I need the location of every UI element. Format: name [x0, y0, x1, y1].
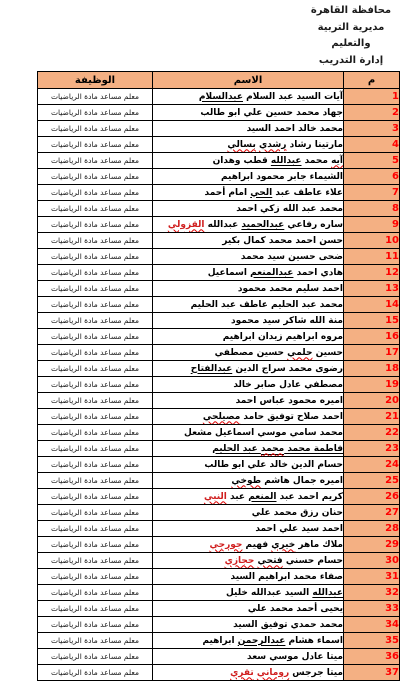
job-title: معلم مساعد مادة الرياضيات	[38, 553, 153, 569]
table-row: 4مارتينا رشاد رشدي بساليمعلم مساعد مادة …	[38, 137, 400, 153]
job-title: معلم مساعد مادة الرياضيات	[38, 569, 153, 585]
name-segment: طوخي	[231, 476, 261, 486]
name-segment: رشدي	[259, 140, 286, 150]
row-index: 37	[344, 665, 400, 681]
row-index: 19	[344, 377, 400, 393]
teacher-name: حنان رزق محمد علي	[153, 505, 344, 521]
table-row: 34محمد حمدي توفيق السيدمعلم مساعد مادة ا…	[38, 617, 400, 633]
name-segment: فهيم	[242, 540, 271, 550]
table-row: 21احمد صلاح توفيق حامد مصيلحيمعلم مساعد …	[38, 409, 400, 425]
job-title: معلم مساعد مادة الرياضيات	[38, 521, 153, 537]
name-segment: جورجي	[210, 540, 243, 550]
job-title: معلم مساعد مادة الرياضيات	[38, 393, 153, 409]
table-row: 14محمد عبد الحليم عاطف عبد الحليممعلم مس…	[38, 297, 400, 313]
name-segment: عبد	[227, 492, 248, 502]
name-segment: تقري	[230, 668, 254, 678]
job-title: معلم مساعد مادة الرياضيات	[38, 505, 153, 521]
teacher-name: محمد عبد الحليم عاطف عبد الحليم	[153, 297, 344, 313]
teacher-name: اسماء هشام عبدالرحمن ابراهيم	[153, 633, 344, 649]
name-segment: مصيلحي	[203, 412, 240, 422]
name-segment: فتحي	[258, 556, 283, 566]
teacher-name: احمد سليم محمد محمود	[153, 281, 344, 297]
name-segment: عبد الحليم	[212, 444, 261, 454]
table-row: 20اميره محمود عباس احمدمعلم مساعد مادة ا…	[38, 393, 400, 409]
name-segment: ملاك ماهر	[295, 540, 343, 550]
name-segment: امام أحمد	[205, 188, 251, 198]
table-row: 36ميتا عادل موسي سعدمعلم مساعد مادة الري…	[38, 649, 400, 665]
name-segment: عبدالفتاح	[191, 364, 233, 374]
table-row: 17حسين حلمي حسين مصطفيمعلم مساعد مادة ال…	[38, 345, 400, 361]
table-row: 5آيه محمد عبدالله قطب وهدانمعلم مساعد ما…	[38, 153, 400, 169]
job-title: معلم مساعد مادة الرياضيات	[38, 121, 153, 137]
name-segment: كريم احمد عبد	[277, 492, 344, 502]
name-segment: عبدالمنعم	[250, 268, 293, 278]
teacher-name: محمد حمدي توفيق السيد	[153, 617, 344, 633]
table-row: 25اميره جمال هاشم طوخيمعلم مساعد مادة ال…	[38, 473, 400, 489]
table-row: 8محمد عبد الله زكي احمدمعلم مساعد مادة ا…	[38, 201, 400, 217]
job-title: معلم مساعد مادة الرياضيات	[38, 457, 153, 473]
teacher-name: احمد سيد علي احمد	[153, 521, 344, 537]
column-header-name: الاسم	[153, 72, 344, 89]
name-segment: عبدالله	[271, 156, 302, 166]
name-segment: محمد	[302, 156, 332, 166]
teacher-name: اميره محمود عباس احمد	[153, 393, 344, 409]
name-segment: محمد عبد الحليم عاطف عبد الحليم	[191, 300, 343, 310]
job-title: معلم مساعد مادة الرياضيات	[38, 265, 153, 281]
name-segment: القزولي	[168, 220, 205, 230]
table-row: 28احمد سيد علي احمدمعلم مساعد مادة الريا…	[38, 521, 400, 537]
row-index: 15	[344, 313, 400, 329]
name-segment: حلمي	[287, 348, 312, 358]
teacher-name: كريم احمد عبد المنعم عبد النبي	[153, 489, 344, 505]
teacher-name: مارتينا رشاد رشدي بسالي	[153, 137, 344, 153]
table-row: 19مصطفي عادل صابر خالدمعلم مساعد مادة ال…	[38, 377, 400, 393]
name-segment: اميره جمال هاشم	[261, 476, 343, 486]
table-row: 15منة الله شاكر سيد محمودمعلم مساعد مادة…	[38, 313, 400, 329]
job-title: معلم مساعد مادة الرياضيات	[38, 105, 153, 121]
table-row: 22محمد سامي موسي اسماعيل مشعلمعلم مساعد …	[38, 425, 400, 441]
table-row: 33يحيى أحمد محمد عليمعلم مساعد مادة الري…	[38, 601, 400, 617]
row-index: 32	[344, 585, 400, 601]
name-segment: السيد عبدالله خليل	[226, 588, 312, 598]
row-index: 24	[344, 457, 400, 473]
name-segment: النبي	[204, 492, 227, 502]
table-row: 18رضوى محمد سراج الدين عبدالفتاحمعلم مسا…	[38, 361, 400, 377]
row-index: 12	[344, 265, 400, 281]
name-segment: آيات السيد عبد السلام	[243, 92, 343, 102]
name-segment: حسين مصطفي	[215, 348, 287, 358]
teacher-name: جهاد محمد حسين علي ابو طالب	[153, 105, 344, 121]
name-segment: عبدالحميد	[241, 220, 284, 230]
name-segment: احمد سيد علي احمد	[255, 524, 343, 534]
name-segment: عبدالله	[205, 220, 242, 230]
table-row: 12هادي احمد عبدالمنعم اسماعيلمعلم مساعد …	[38, 265, 400, 281]
row-index: 6	[344, 169, 400, 185]
job-title: معلم مساعد مادة الرياضيات	[38, 441, 153, 457]
table-row: 6الشيماء جابر محمود ابراهيممعلم مساعد ما…	[38, 169, 400, 185]
teacher-name: رضوى محمد سراج الدين عبدالفتاح	[153, 361, 344, 377]
table-header-row: م الاسم الوظيفة	[38, 72, 400, 89]
name-segment: محمد سامي موسي اسماعيل مشعل	[184, 428, 343, 438]
table-row: 31صفاء محمد ابراهيم السيدمعلم مساعد مادة…	[38, 569, 400, 585]
column-header-job: الوظيفة	[38, 72, 153, 89]
teacher-name: منة الله شاكر سيد محمود	[153, 313, 344, 329]
table-row: 32عبدالله السيد عبدالله خليلمعلم مساعد م…	[38, 585, 400, 601]
teacher-name: اميره جمال هاشم طوخي	[153, 473, 344, 489]
row-index: 33	[344, 601, 400, 617]
name-segment: حسن احمد محمد كمال بكير	[222, 236, 343, 246]
job-title: معلم مساعد مادة الرياضيات	[38, 585, 153, 601]
row-index: 34	[344, 617, 400, 633]
teacher-name: صفاء محمد ابراهيم السيد	[153, 569, 344, 585]
row-index: 4	[344, 137, 400, 153]
name-segment: هادي احمد	[293, 268, 343, 278]
name-segment: صفاء محمد ابراهيم السيد	[231, 572, 343, 582]
table-row: 2جهاد محمد حسين علي ابو طالبمعلم مساعد م…	[38, 105, 400, 121]
name-segment: حجازي	[225, 556, 255, 566]
teacher-name: ساره رفاعي عبدالحميد عبدالله القزولي	[153, 217, 344, 233]
row-index: 30	[344, 553, 400, 569]
job-title: معلم مساعد مادة الرياضيات	[38, 329, 153, 345]
name-segment: مروه ابراهيم زيدان ابراهيم	[223, 332, 343, 342]
row-index: 8	[344, 201, 400, 217]
row-index: 23	[344, 441, 400, 457]
name-segment: مارتينا رشاد	[286, 140, 343, 150]
teacher-roster-table: م الاسم الوظيفة 1آيات السيد عبد السلام ع…	[37, 71, 400, 681]
teacher-name: هادي احمد عبدالمنعم اسماعيل	[153, 265, 344, 281]
name-segment: الشيماء جابر محمود ابراهيم	[221, 172, 343, 182]
teacher-name: حسام الدين خالد علي ابو طالب	[153, 457, 344, 473]
table-row: 10حسن احمد محمد كمال بكيرمعلم مساعد مادة…	[38, 233, 400, 249]
teacher-name: الشيماء جابر محمود ابراهيم	[153, 169, 344, 185]
name-segment: عبدالسلام	[199, 92, 243, 102]
name-segment: عبدالرحمن	[238, 636, 286, 646]
job-title: معلم مساعد مادة الرياضيات	[38, 249, 153, 265]
job-title: معلم مساعد مادة الرياضيات	[38, 633, 153, 649]
row-index: 9	[344, 217, 400, 233]
job-title: معلم مساعد مادة الرياضيات	[38, 201, 153, 217]
teacher-name: يحيى أحمد محمد علي	[153, 601, 344, 617]
name-segment: محمد عبد الله زكي احمد	[236, 204, 343, 214]
name-segment: رضوى محمد سراج الدين	[232, 364, 343, 374]
header-administration: إدارة التدريب	[300, 53, 402, 70]
job-title: معلم مساعد مادة الرياضيات	[38, 617, 153, 633]
row-index: 7	[344, 185, 400, 201]
job-title: معلم مساعد مادة الرياضيات	[38, 649, 153, 665]
job-title: معلم مساعد مادة الرياضيات	[38, 185, 153, 201]
teacher-name: عبدالله السيد عبدالله خليل	[153, 585, 344, 601]
table-row: 7علاء عاطف عبد الحي امام أحمدمعلم مساعد …	[38, 185, 400, 201]
job-title: معلم مساعد مادة الرياضيات	[38, 89, 153, 105]
table-row: 29ملاك ماهر خيري فهيم جورجيمعلم مساعد ما…	[38, 537, 400, 553]
job-title: معلم مساعد مادة الرياضيات	[38, 345, 153, 361]
row-index: 3	[344, 121, 400, 137]
name-segment: فاطمة محمد	[284, 444, 343, 454]
teacher-name: محمد سامي موسي اسماعيل مشعل	[153, 425, 344, 441]
table-row: 30حسام حسني فتحي حجازيمعلم مساعد مادة ال…	[38, 553, 400, 569]
row-index: 5	[344, 153, 400, 169]
column-header-index: م	[344, 72, 400, 89]
name-segment: حسام الدين خالد علي ابو طالب	[204, 460, 343, 470]
name-segment: اسماعيل	[208, 268, 250, 278]
row-index: 10	[344, 233, 400, 249]
teacher-name: علاء عاطف عبد الحي امام أحمد	[153, 185, 344, 201]
table-row: 27حنان رزق محمد عليمعلم مساعد مادة الريا…	[38, 505, 400, 521]
job-title: معلم مساعد مادة الرياضيات	[38, 233, 153, 249]
job-title: معلم مساعد مادة الرياضيات	[38, 313, 153, 329]
teacher-name: آيه محمد عبدالله قطب وهدان	[153, 153, 344, 169]
name-segment: حنان رزق محمد علي	[252, 508, 343, 518]
name-segment: ابراهيم	[202, 636, 237, 646]
job-title: معلم مساعد مادة الرياضيات	[38, 297, 153, 313]
name-segment: محمد خالد احمد السيد	[247, 124, 343, 134]
job-title: معلم مساعد مادة الرياضيات	[38, 217, 153, 233]
job-title: معلم مساعد مادة الرياضيات	[38, 377, 153, 393]
job-title: معلم مساعد مادة الرياضيات	[38, 665, 153, 681]
name-segment: آيه	[331, 156, 343, 166]
name-segment: ساره رفاعي	[284, 220, 343, 230]
name-segment: اسماء هشام	[285, 636, 343, 646]
table-row: 16مروه ابراهيم زيدان ابراهيممعلم مساعد م…	[38, 329, 400, 345]
document-header: محافظة القاهرة مديرية التربية والتعليم إ…	[300, 3, 402, 69]
teacher-name: حسام حسني فتحي حجازي	[153, 553, 344, 569]
row-index: 21	[344, 409, 400, 425]
table-row: 13احمد سليم محمد محمودمعلم مساعد مادة ال…	[38, 281, 400, 297]
row-index: 29	[344, 537, 400, 553]
table-row: 11ضحى حسين سيد محمدمعلم مساعد مادة الريا…	[38, 249, 400, 265]
teacher-name: آيات السيد عبد السلام عبدالسلام	[153, 89, 344, 105]
job-title: معلم مساعد مادة الرياضيات	[38, 537, 153, 553]
row-index: 27	[344, 505, 400, 521]
job-title: معلم مساعد مادة الرياضيات	[38, 361, 153, 377]
job-title: معلم مساعد مادة الرياضيات	[38, 489, 153, 505]
header-directorate: مديرية التربية والتعليم	[300, 20, 402, 53]
name-segment: حسين	[312, 348, 343, 358]
job-title: معلم مساعد مادة الرياضيات	[38, 169, 153, 185]
teacher-name: مروه ابراهيم زيدان ابراهيم	[153, 329, 344, 345]
name-segment: عبدالله	[312, 588, 343, 598]
teacher-name: ميتا عادل موسي سعد	[153, 649, 344, 665]
name-segment: حسام حسني	[283, 556, 343, 566]
row-index: 28	[344, 521, 400, 537]
name-segment: مصطفي عادل صابر خالد	[233, 380, 343, 390]
row-index: 35	[344, 633, 400, 649]
job-title: معلم مساعد مادة الرياضيات	[38, 473, 153, 489]
table-row: 26كريم احمد عبد المنعم عبد النبيمعلم مسا…	[38, 489, 400, 505]
job-title: معلم مساعد مادة الرياضيات	[38, 425, 153, 441]
teacher-name: ميتا جرجس روماني تقري	[153, 665, 344, 681]
name-segment: اميره محمود عباس احمد	[236, 396, 343, 406]
row-index: 13	[344, 281, 400, 297]
job-title: معلم مساعد مادة الرياضيات	[38, 409, 153, 425]
name-segment: بسالي	[227, 140, 255, 150]
table-row: 24حسام الدين خالد علي ابو طالبمعلم مساعد…	[38, 457, 400, 473]
name-segment: جهاد محمد حسين علي ابو طالب	[200, 108, 343, 118]
row-index: 26	[344, 489, 400, 505]
name-segment: احمد صلاح توفيق حامد	[240, 412, 343, 422]
name-segment: الحي	[250, 188, 272, 198]
name-segment: روماني	[257, 668, 289, 678]
teacher-name: ملاك ماهر خيري فهيم جورجي	[153, 537, 344, 553]
row-index: 14	[344, 297, 400, 313]
teacher-name: ضحى حسين سيد محمد	[153, 249, 344, 265]
row-index: 31	[344, 569, 400, 585]
name-segment: منة الله شاكر سيد محمود	[231, 316, 343, 326]
job-title: معلم مساعد مادة الرياضيات	[38, 601, 153, 617]
row-index: 25	[344, 473, 400, 489]
job-title: معلم مساعد مادة الرياضيات	[38, 281, 153, 297]
name-segment: خيري	[271, 540, 295, 550]
table-row: 23فاطمة محمد محمد عبد الحليممعلم مساعد م…	[38, 441, 400, 457]
row-index: 36	[344, 649, 400, 665]
name-segment: ميتا جرجس	[289, 668, 343, 678]
teacher-name: فاطمة محمد محمد عبد الحليم	[153, 441, 344, 457]
header-governorate: محافظة القاهرة	[300, 3, 402, 20]
job-title: معلم مساعد مادة الرياضيات	[38, 137, 153, 153]
table-row: 35اسماء هشام عبدالرحمن ابراهيممعلم مساعد…	[38, 633, 400, 649]
teacher-name: حسن احمد محمد كمال بكير	[153, 233, 344, 249]
teacher-name: محمد خالد احمد السيد	[153, 121, 344, 137]
row-index: 20	[344, 393, 400, 409]
table-row: 3محمد خالد احمد السيدمعلم مساعد مادة الر…	[38, 121, 400, 137]
row-index: 16	[344, 329, 400, 345]
row-index: 11	[344, 249, 400, 265]
teacher-name: حسين حلمي حسين مصطفي	[153, 345, 344, 361]
teacher-name: مصطفي عادل صابر خالد	[153, 377, 344, 393]
teacher-name: احمد صلاح توفيق حامد مصيلحي	[153, 409, 344, 425]
name-segment: علاء عاطف عبد	[272, 188, 343, 198]
name-segment: يحيى أحمد محمد علي	[248, 604, 343, 614]
name-segment: محمد	[261, 444, 284, 455]
name-segment: احمد سليم محمد محمود	[238, 284, 343, 294]
name-segment: ميتا عادل موسي سعد	[247, 652, 343, 662]
row-index: 22	[344, 425, 400, 441]
table-row: 9ساره رفاعي عبدالحميد عبدالله القزوليمعل…	[38, 217, 400, 233]
name-segment: قطب وهدان	[213, 156, 271, 166]
name-segment: محمد حمدي توفيق السيد	[233, 620, 343, 630]
row-index: 17	[344, 345, 400, 361]
job-title: معلم مساعد مادة الرياضيات	[38, 153, 153, 169]
teacher-name: محمد عبد الله زكي احمد	[153, 201, 344, 217]
table-row: 37ميتا جرجس روماني تقريمعلم مساعد مادة ا…	[38, 665, 400, 681]
name-segment: ضحى حسين سيد محمد	[241, 252, 343, 262]
name-segment: المنعم	[248, 492, 276, 502]
row-index: 1	[344, 89, 400, 105]
row-index: 18	[344, 361, 400, 377]
row-index: 2	[344, 105, 400, 121]
table-row: 1آيات السيد عبد السلام عبدالسلاممعلم مسا…	[38, 89, 400, 105]
